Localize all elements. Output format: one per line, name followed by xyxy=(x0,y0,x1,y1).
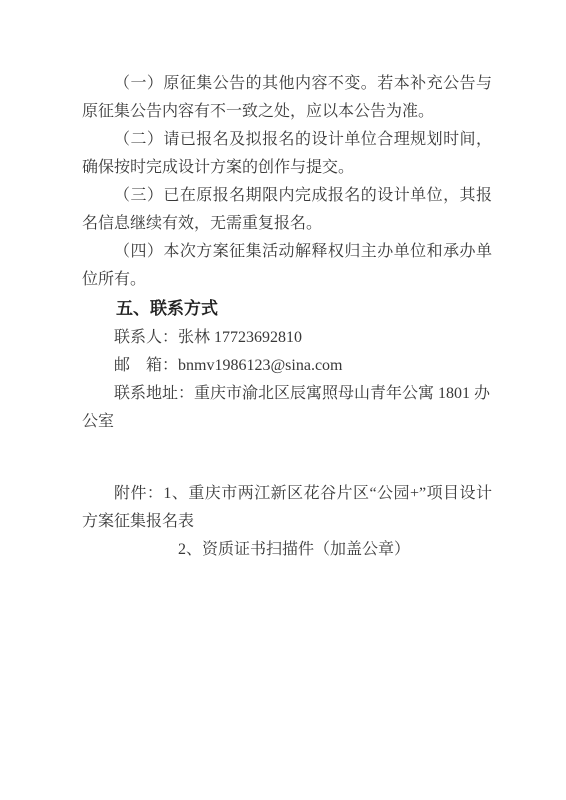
attachment-line-2: 2、资质证书扫描件（加盖公章） xyxy=(82,536,492,564)
attachments-block: 附件：1、重庆市两江新区花谷片区“公园+”项目设计方案征集报名表 2、资质证书扫… xyxy=(82,480,492,564)
notice-paragraph-4: （四）本次方案征集活动解释权归主办单位和承办单位所有。 xyxy=(82,238,492,294)
notice-paragraph-2: （二）请已报名及拟报名的设计单位合理规划时间，确保按时完成设计方案的创作与提交。 xyxy=(82,126,492,182)
contact-address-line: 联系地址：重庆市渝北区辰寓照母山青年公寓 1801 办公室 xyxy=(82,380,492,436)
contact-block: 联系人：张林 17723692810 邮 箱：bnmv1986123@sina.… xyxy=(82,324,492,436)
section-heading-contact: 五、联系方式 xyxy=(82,294,492,324)
document-content: （一）原征集公告的其他内容不变。若本补充公告与原征集公告内容有不一致之处，应以本… xyxy=(82,70,492,564)
contact-person-line: 联系人：张林 17723692810 xyxy=(82,324,492,352)
contact-email-line: 邮 箱：bnmv1986123@sina.com xyxy=(82,352,492,380)
notice-paragraph-3: （三）已在原报名期限内完成报名的设计单位，其报名信息继续有效，无需重复报名。 xyxy=(82,182,492,238)
notice-paragraph-1: （一）原征集公告的其他内容不变。若本补充公告与原征集公告内容有不一致之处，应以本… xyxy=(82,70,492,126)
document-page: （一）原征集公告的其他内容不变。若本补充公告与原征集公告内容有不一致之处，应以本… xyxy=(0,0,566,800)
attachment-line-1: 附件：1、重庆市两江新区花谷片区“公园+”项目设计方案征集报名表 xyxy=(82,480,492,536)
